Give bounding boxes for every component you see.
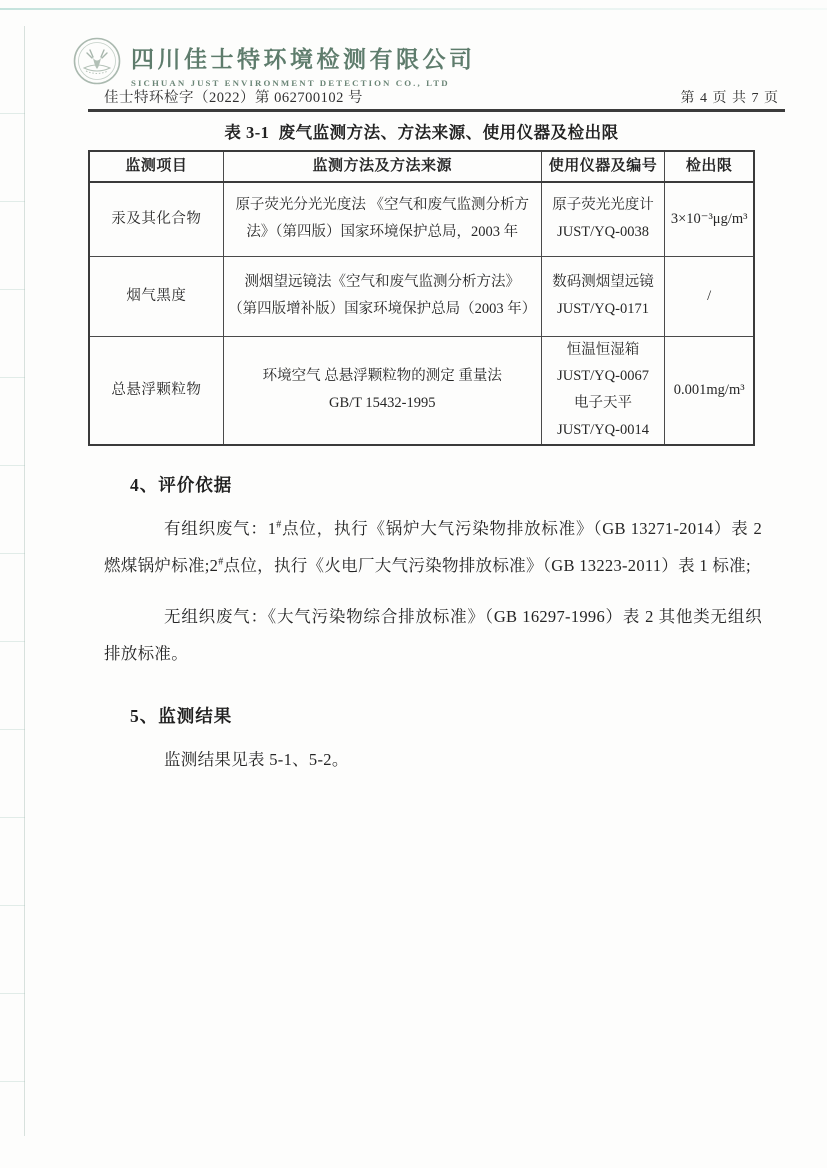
deer-seal-icon — [72, 36, 122, 86]
table-row: 总悬浮颗粒物 环境空气 总悬浮颗粒物的测定 重量法 GB/T 15432-199… — [89, 336, 754, 445]
cell-method: 环境空气 总悬浮颗粒物的测定 重量法 GB/T 15432-1995 — [223, 336, 541, 445]
table-header-row: 监测项目 监测方法及方法来源 使用仪器及编号 检出限 — [89, 151, 754, 182]
p1-text-a: 有组织废气：1 — [164, 519, 276, 538]
table-row: 汞及其化合物 原子荧光分光光度法 《空气和废气监测分析方 法》（第四版）国家环境… — [89, 182, 754, 256]
section-4-paragraph-1: 有组织废气：1#点位，执行《锅炉大气污染物排放标准》（GB 13271-2014… — [104, 510, 762, 585]
scan-artifact-left-edge — [0, 26, 25, 1136]
section-5-heading: 5、监测结果 — [130, 703, 755, 728]
scan-artifact-top-line — [0, 8, 827, 10]
cell-instrument: 数码测烟望远镜 JUST/YQ-0171 — [541, 256, 665, 336]
document-meta-row: 佳士特环检字（2022）第 062700102 号 第 4 页 共 7 页 — [88, 86, 785, 107]
methods-table: 监测项目 监测方法及方法来源 使用仪器及编号 检出限 汞及其化合物 原子荧光分光… — [88, 150, 755, 446]
p1-text-c: 点位，执行《火电厂大气污染物排放标准》（GB 13223-2011）表 1 标准… — [224, 556, 751, 575]
cell-item: 烟气黑度 — [89, 256, 223, 336]
page-content: 表 3-1 废气监测方法、方法来源、使用仪器及检出限 监测项目 监测方法及方法来… — [88, 119, 755, 778]
col-header-method: 监测方法及方法来源 — [223, 151, 541, 182]
cell-method: 测烟望远镜法《空气和废气监测分析方法》 （第四版增补版）国家环境保护总局（200… — [223, 256, 541, 336]
cell-instrument: 恒温恒湿箱 JUST/YQ-0067 电子天平 JUST/YQ-0014 — [541, 336, 665, 445]
brand-block: 四川佳士特环境检测有限公司 SICHUAN JUST ENVIRONMENT D… — [131, 41, 476, 88]
document-page: 四川佳士特环境检测有限公司 SICHUAN JUST ENVIRONMENT D… — [0, 0, 827, 1168]
company-name-cn: 四川佳士特环境检测有限公司 — [131, 41, 476, 74]
cell-limit: / — [665, 256, 754, 336]
cell-method: 原子荧光分光光度法 《空气和废气监测分析方 法》（第四版）国家环境保护总局，20… — [223, 182, 541, 256]
section-4-paragraph-2: 无组织废气：《大气污染物综合排放标准》（GB 16297-1996）表 2 其他… — [104, 598, 762, 673]
col-header-item: 监测项目 — [89, 151, 223, 182]
col-header-instrument: 使用仪器及编号 — [541, 151, 665, 182]
page-indicator: 第 4 页 共 7 页 — [681, 87, 786, 107]
section-4-heading: 4、评价依据 — [130, 472, 755, 497]
section-5-paragraph-1: 监测结果见表 5-1、5-2。 — [104, 741, 762, 779]
table-row: 烟气黑度 测烟望远镜法《空气和废气监测分析方法》 （第四版增补版）国家环境保护总… — [89, 256, 754, 336]
cell-instrument: 原子荧光光度计 JUST/YQ-0038 — [541, 182, 665, 256]
col-header-limit: 检出限 — [665, 151, 754, 182]
cell-item: 汞及其化合物 — [89, 182, 223, 256]
table-title: 表 3-1 废气监测方法、方法来源、使用仪器及检出限 — [88, 119, 755, 143]
header-divider — [88, 109, 785, 112]
doc-number: 佳士特环检字（2022）第 062700102 号 — [88, 86, 363, 107]
cell-limit: 0.001mg/m³ — [665, 336, 754, 445]
cell-item: 总悬浮颗粒物 — [89, 336, 223, 445]
cell-limit: 3×10⁻³μg/m³ — [665, 182, 754, 256]
